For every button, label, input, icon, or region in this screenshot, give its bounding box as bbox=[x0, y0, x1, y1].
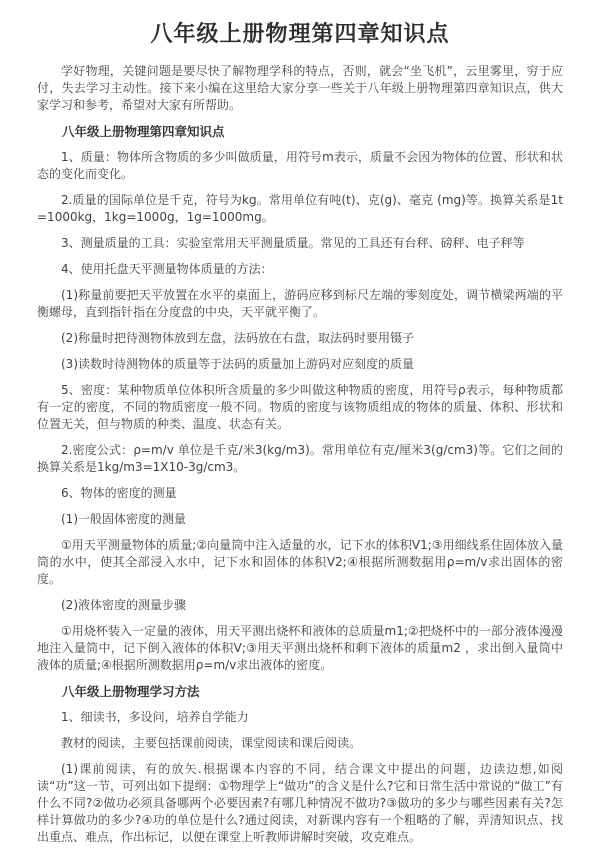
paragraph-liquid-density-steps: ①用烧杯装入一定量的液体，用天平测出烧杯和液体的总质量m1;②把烧杯中的一部分液… bbox=[37, 623, 563, 674]
paragraph-balance-step-2: (2)称量时把待测物体放到左盘，法码放在右盘，取法码时要用镊子 bbox=[37, 330, 563, 347]
paragraph-pre-class-reading: (1)课前阅读，有的放矢.根据课本内容的不同，结合课文中提出的问题，边读边想,如… bbox=[37, 761, 563, 846]
paragraph-reading-types: 教材的阅读，主要包括课前阅读，课堂阅读和课后阅读。 bbox=[37, 735, 563, 752]
paragraph-density-definition: 5、密度：某种物质单位体积所含质量的多少叫做这种物质的密度，用符号ρ表示，每种物… bbox=[37, 382, 563, 433]
paragraph-study-method-1: 1、细读书，多设问，培养自学能力 bbox=[37, 709, 563, 726]
paragraph-mass-units: 2.质量的国际单位是千克，符号为kg。常用单位有吨(t)、克(g)、毫克 (mg… bbox=[37, 192, 563, 226]
paragraph-balance-step-3: (3)读数时待测物体的质量等于法码的质量加上游码对应刻度的质量 bbox=[37, 356, 563, 373]
paragraph-solid-density-title: (1)一般固体密度的测量 bbox=[37, 511, 563, 528]
intro-paragraph: 学好物理，关键问题是要尽快了解物理学科的特点，否则，就会“坐飞机”，云里雾里，穷… bbox=[37, 63, 563, 114]
paragraph-balance-method-intro: 4、使用托盘天平测量物体质量的方法： bbox=[37, 261, 563, 278]
section-heading-study-methods: 八年级上册物理学习方法 bbox=[37, 683, 563, 700]
paragraph-measuring-tools: 3、测量质量的工具：实验室常用天平测量质量。常见的工具还有台秤、磅秤、电子秤等 bbox=[37, 235, 563, 252]
page-title: 八年级上册物理第四章知识点 bbox=[37, 20, 563, 50]
paragraph-balance-step-1: (1)称量前要把天平放置在水平的桌面上，游码应移到标尺左端的零刻度处，调节横梁两… bbox=[37, 287, 563, 321]
section-heading-knowledge-points: 八年级上册物理第四章知识点 bbox=[37, 123, 563, 140]
paragraph-liquid-density-title: (2)液体密度的测量步骤 bbox=[37, 597, 563, 614]
paragraph-density-formula: 2.密度公式：ρ=m/v 单位是千克/米3(kg/m3)。常用单位有克/厘米3(… bbox=[37, 442, 563, 476]
document-page: 八年级上册物理第四章知识点 学好物理，关键问题是要尽快了解物理学科的特点，否则，… bbox=[0, 0, 600, 849]
paragraph-solid-density-steps: ①用天平测量物体的质量;②向量筒中注入适量的水，记下水的体积V1;③用细线系住固… bbox=[37, 537, 563, 588]
paragraph-density-measurement-intro: 6、物体的密度的测量 bbox=[37, 485, 563, 502]
paragraph-mass-definition: 1、质量：物体所含物质的多少叫做质量，用符号m表示，质量不会因为物体的位置、形状… bbox=[37, 149, 563, 183]
